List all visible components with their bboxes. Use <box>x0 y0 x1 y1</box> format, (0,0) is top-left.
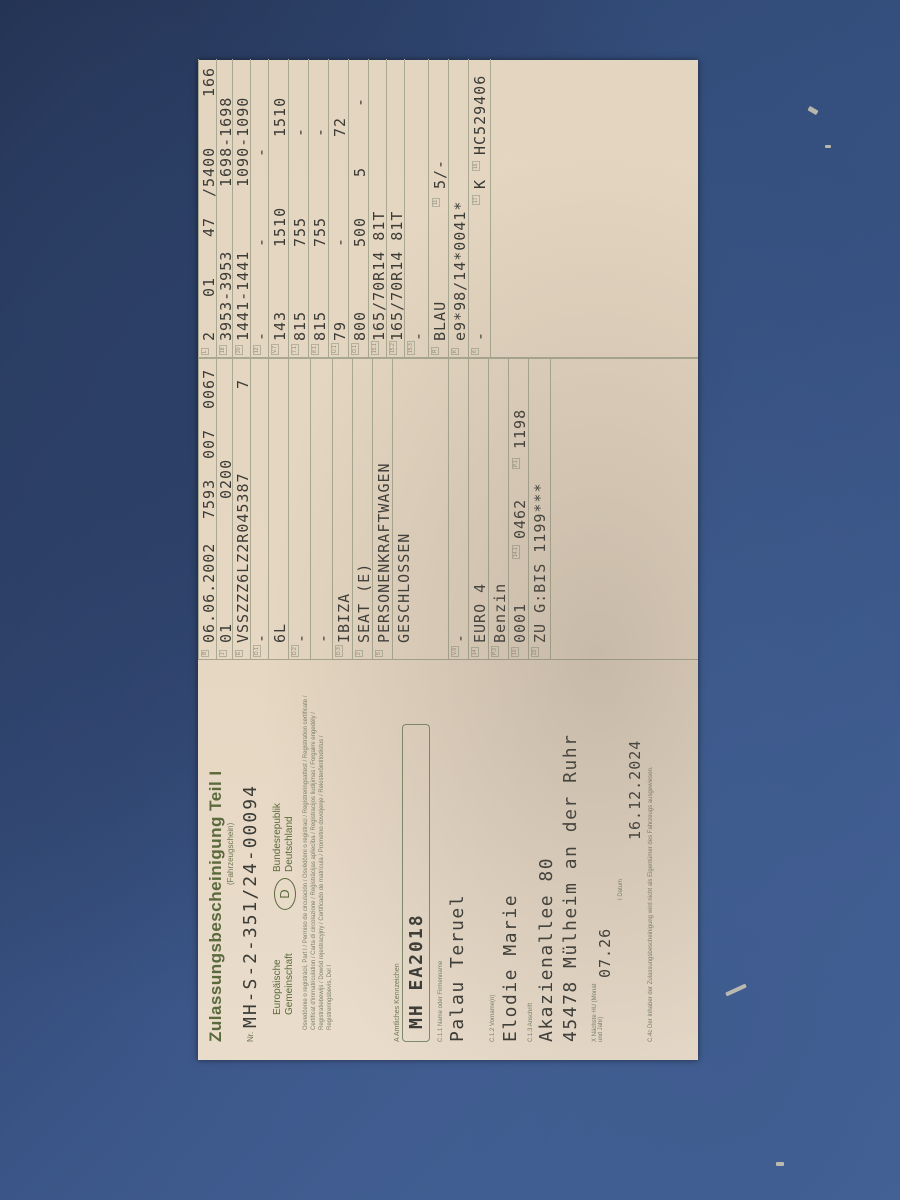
field-code: K <box>451 348 459 355</box>
field-code: D.1 <box>253 645 261 657</box>
field-row: D.3 IBIZA <box>332 359 353 659</box>
co2: 143 <box>271 311 289 341</box>
field-code: P.3 <box>491 646 499 657</box>
field-row: 2 SEAT (E) <box>352 359 373 659</box>
field-code: 15.3 <box>407 341 415 355</box>
field-code: 14.1 <box>512 545 520 559</box>
field-row: L 2 01 47 /5400 166 <box>198 59 217 357</box>
field-code: V.9 <box>451 646 459 657</box>
axle-load-8-2: 755 <box>311 217 329 247</box>
towing-braked: 800 <box>351 311 369 341</box>
field-code: O.1 <box>351 343 359 355</box>
holder-city: 45478 Mülheim an der Ruhr <box>560 734 581 1042</box>
field-row: O.1 800 500 5 - <box>348 59 369 357</box>
noise-rpm: - <box>331 237 349 247</box>
field-code: 15.2 <box>389 341 397 355</box>
field-code: 18 <box>219 345 227 355</box>
field-code: 22 <box>531 647 539 657</box>
color-code: 5/- <box>431 159 449 189</box>
country-label: Bundesrepublik Deutschland <box>272 782 296 872</box>
holder-name: Palau Teruel <box>447 894 468 1042</box>
carpet-speck <box>776 1162 784 1166</box>
field-row: 18 3953-3953 1698-1698 <box>216 59 233 357</box>
emission-v9: - <box>451 633 469 643</box>
noise-driving: 72 <box>331 117 349 137</box>
field-17: K <box>471 179 489 189</box>
model-name: IBIZA <box>335 593 353 643</box>
field-code: 8.1 <box>311 344 319 355</box>
next-inspection: 07.26 <box>596 928 614 978</box>
holder-street: Akazienallee 80 <box>536 857 557 1042</box>
fuel-code: 0001 <box>511 603 529 643</box>
field-row: 15.1 165/70R14 81T <box>368 59 387 357</box>
field-row: 10 0001 14.1 0462 P.1 1198 <box>508 359 529 659</box>
field-code: 6 <box>471 348 479 355</box>
field-code: 17 <box>472 195 480 205</box>
field-row: K e9*98/14*0041* <box>448 59 469 357</box>
remarks: ZU G:BIS 1199*** <box>531 483 549 644</box>
axle-load-8-3: - <box>311 127 329 137</box>
name-label: C.1.1 Name oder Firmenname <box>438 961 444 1042</box>
seats: 5 <box>351 167 369 177</box>
carpet-speck <box>725 984 747 997</box>
field-row: B 06.06.2002 7593 007 0067 <box>198 359 217 659</box>
color: BLAU <box>431 301 449 341</box>
type-variant: 6L <box>271 623 289 643</box>
field-row: D.2 - <box>288 359 311 659</box>
empty-rows <box>550 359 699 659</box>
license-plate: MH EA2018 <box>402 724 430 1042</box>
field-code: 5 <box>375 650 383 657</box>
field-row: D.1 - <box>250 359 269 659</box>
emission-key: 0462 <box>511 499 529 539</box>
field-code: B <box>201 650 209 657</box>
field-row: 5 PERSONENKRAFTWAGEN <box>372 359 393 659</box>
part-2-number: HC529406 <box>471 75 489 155</box>
field-row: E VSSZZZ6LZ2R045387 7 <box>232 359 251 659</box>
emission-class: EURO 4 <box>471 583 489 643</box>
field-code: E <box>235 650 243 657</box>
document-number-prefix: Nr. <box>246 1032 255 1042</box>
axle-load-7-3: - <box>291 127 309 137</box>
tyres-axle-3: - <box>409 331 427 341</box>
noise-stationary: 79 <box>331 321 349 341</box>
field-code: 20 <box>235 345 243 355</box>
field-row: 15.2 165/70R14 81T <box>386 59 405 357</box>
field-code: 7.1 <box>291 344 299 355</box>
registration-certificate: Zulassungsbescheinigung Teil I (Fahrzeug… <box>198 60 698 1060</box>
first-name-label: C.1.2 Vorname(n) <box>490 995 496 1042</box>
axle-load-7-2: 755 <box>291 217 309 247</box>
version-d2: - <box>292 633 310 643</box>
standing: - <box>351 97 369 107</box>
field-code: 15.1 <box>371 341 379 355</box>
carpet-speck <box>825 145 831 148</box>
empty-rows <box>490 59 699 357</box>
axle-load-8-1: 815 <box>311 311 329 341</box>
field-code: 11 <box>432 198 440 207</box>
carpet-speck <box>807 106 818 115</box>
document-title: Zulassungsbescheinigung Teil I <box>206 770 226 1042</box>
displacement: 1198 <box>511 409 529 449</box>
field-row: 8.1 815 755 - <box>308 59 329 357</box>
field-row: 12 - - - <box>250 59 269 357</box>
field-row: R BLAU 11 5/- <box>428 59 449 357</box>
towing-unbraked: 500 <box>351 217 369 247</box>
field-code: 14 <box>471 647 479 657</box>
field-code: V.7 <box>271 344 279 355</box>
field-code: D.3 <box>335 645 343 657</box>
field-row: V.7 143 1510 1510 <box>268 59 289 357</box>
max-mass-f2: 1510 <box>271 97 289 137</box>
field-row: - <box>310 359 333 659</box>
field-row: 6 - 17 K 16 HC529406 <box>468 59 491 357</box>
type-approval: e9*98/14*0041* <box>451 201 469 341</box>
field-code: D.2 <box>291 645 299 657</box>
manufacturer: SEAT (E) <box>355 563 373 643</box>
axle-load-7-1: 815 <box>291 311 309 341</box>
field-code: J <box>219 651 227 658</box>
date-label: I Datum <box>618 879 624 900</box>
body-type: GESCHLOSSEN <box>395 533 413 643</box>
field-code: 10 <box>511 647 519 657</box>
document-subtitle: (Fahrzeugschein) <box>226 823 235 885</box>
vehicle-data-grid: B 06.06.2002 7593 007 0067 J 01 0200 E V… <box>198 59 698 660</box>
eu-label: Europäische Gemeinschaft <box>272 915 296 1015</box>
country-badge-icon: D <box>274 878 296 910</box>
field-code: U.1 <box>331 343 339 355</box>
field-code: 16 <box>472 161 480 171</box>
fuel-type: Benzin <box>491 583 509 643</box>
field-row: 7.1 815 755 - <box>288 59 309 357</box>
inspection-label: X Nächste HU (Monat und Jahr) <box>592 982 604 1042</box>
field-code: L <box>201 348 209 355</box>
issue-date: 16.12.2024 <box>626 740 644 840</box>
header-panel: Zulassungsbescheinigung Teil I (Fahrzeug… <box>198 660 698 1060</box>
document-number: MH-S-2-351/24-00094 <box>240 784 261 1028</box>
field-code: P.1 <box>512 458 520 469</box>
field-row: 20 1441-1441 1090-1090 <box>232 59 251 357</box>
address-label: C.1.3 Anschrift <box>528 1003 534 1042</box>
plate-label: A Amtliches Kennzeichen <box>394 963 401 1042</box>
multilingual-fineprint: Osvedčenie o registrácii, Part I / Permi… <box>302 690 334 1030</box>
vehicle-type: PERSONENKRAFTWAGEN <box>375 462 393 643</box>
field-row: U.1 79 - 72 <box>328 59 349 357</box>
field-row: 15.3 - <box>404 59 429 357</box>
field-row: 14 EURO 4 <box>468 359 489 659</box>
field-row: P.3 Benzin <box>488 359 509 659</box>
field-code: 2 <box>355 650 363 657</box>
field-code: R <box>431 347 439 355</box>
field-row: GESCHLOSSEN <box>392 359 415 659</box>
field-6: - <box>471 331 489 341</box>
version-d2-cont: - <box>314 633 332 643</box>
field-code: 12 <box>253 345 261 355</box>
max-mass-f1: 1510 <box>271 207 289 247</box>
field-row: 22 ZU G:BIS 1199*** <box>528 359 551 659</box>
owner-notice: C.4c Der Inhaber der Zulassungsbescheini… <box>648 682 654 1042</box>
holder-first-name: Elodie Marie <box>500 894 521 1042</box>
field-row: 6L <box>268 359 289 659</box>
field-row: V.9 - <box>448 359 469 659</box>
field-row: J 01 0200 <box>216 359 233 659</box>
